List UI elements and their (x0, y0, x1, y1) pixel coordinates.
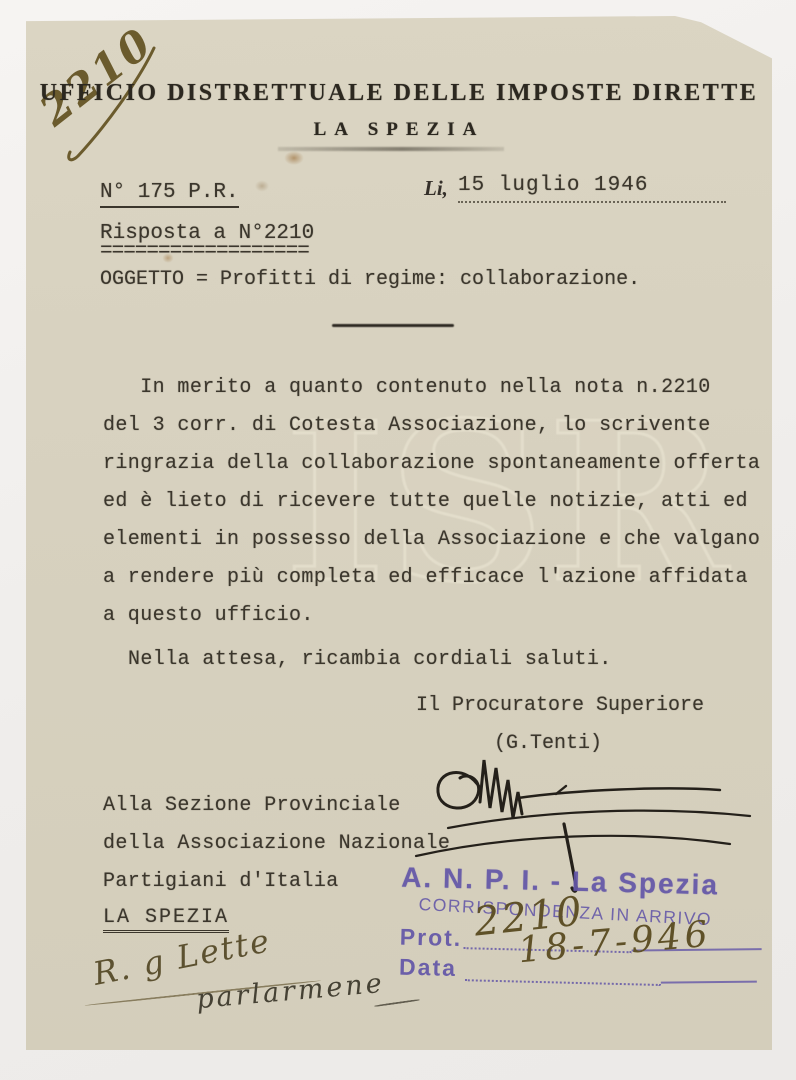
letter-date: 15 luglio 1946 (458, 174, 726, 203)
body-line: ringrazia della collaborazione spontanea… (103, 452, 760, 475)
body-line: a questo ufficio. (103, 604, 314, 627)
protocol-number: N° 175 P.R. (100, 181, 239, 208)
section-divider (332, 324, 454, 327)
date-place-label: Li, (424, 176, 448, 201)
body-line: a rendere più completa ed efficace l'azi… (103, 566, 748, 589)
body-line: ed è lieto di ricevere tutte quelle noti… (103, 490, 748, 513)
stamp-date-rule (465, 979, 661, 986)
stamp-protocol-label: Prot. (400, 924, 463, 953)
letterhead-city: LA SPEZIA (26, 119, 772, 141)
recipient-line: Alla Sezione Provinciale (103, 794, 401, 817)
recipient-city: LA SPEZIA (103, 906, 229, 933)
reply-reference-underline: ================== (100, 240, 309, 263)
letter-paper: ISR 2210 UFFICIO DISTRETTUALE DELLE IMPO… (26, 16, 772, 1050)
signer-title: Il Procuratore Superiore (416, 694, 704, 717)
stamp-date-label: Data (399, 954, 458, 982)
subject-line: OGGETTO = Profitti di regime: collaboraz… (100, 268, 640, 291)
closing-line: Nella attesa, ricambia cordiali saluti. (128, 648, 612, 671)
recipient-line: Partigiani d'Italia (103, 870, 339, 893)
recipient-line: della Associazione Nazionale (103, 832, 450, 855)
stamp-date-rule-extension (661, 981, 757, 984)
body-line: In merito a quanto contenuto nella nota … (103, 376, 711, 399)
handwritten-note-2: parlarmene (195, 968, 386, 1015)
letterhead-rule (278, 147, 504, 151)
scanned-letter-page: { "page": { "corner_annotation": "2210",… (0, 0, 796, 1080)
body-line: elementi in possesso della Associazione … (103, 528, 760, 551)
body-line: del 3 corr. di Cotesta Associazione, lo … (103, 414, 711, 437)
letterhead-office-name: UFFICIO DISTRETTUALE DELLE IMPOSTE DIRET… (26, 80, 772, 107)
